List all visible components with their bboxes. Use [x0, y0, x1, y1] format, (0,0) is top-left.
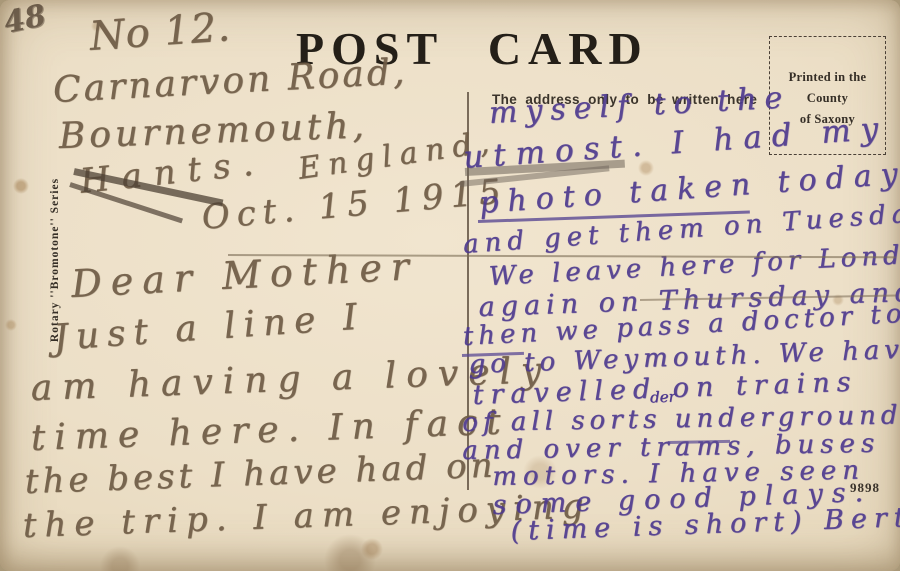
handwritten-line: No 12. — [88, 4, 232, 60]
postcard-scan: POST CARD The address only to be written… — [0, 0, 900, 571]
postcard-back: POST CARD The address only to be written… — [0, 0, 900, 571]
handwritten-line: Dear Mother — [70, 244, 419, 306]
handwritten-line: Just a line I — [52, 296, 366, 359]
handwritten-insertion: der — [650, 388, 676, 407]
pencil-corner-mark: 48 — [1, 0, 49, 41]
handwritten-line: Carnarvon Road, — [52, 51, 408, 110]
